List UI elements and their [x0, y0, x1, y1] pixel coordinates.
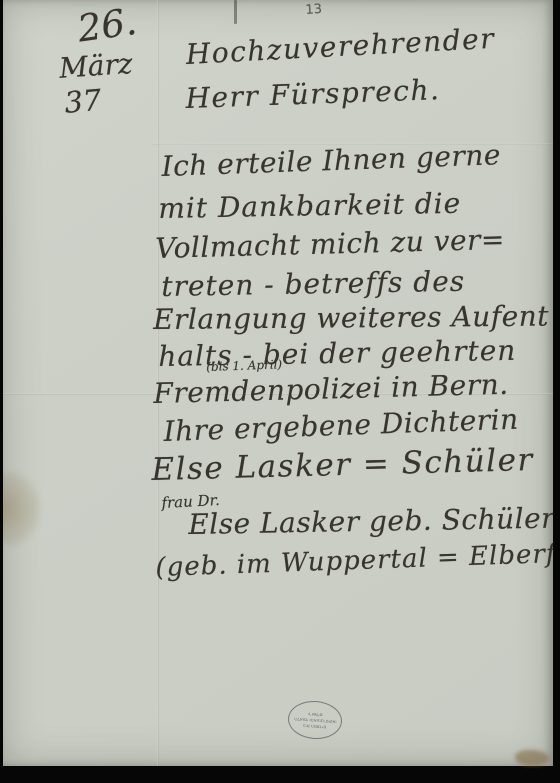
signature-name: Else Lasker = Schüler: [151, 442, 534, 488]
body-line-7: Fremdenpolizei in Bern.: [153, 368, 509, 410]
scan-border-right: [553, 0, 560, 783]
date-day: 26.: [75, 0, 139, 51]
date-year: 37: [63, 83, 103, 120]
body-line-3: Vollmacht mich zu ver=: [155, 223, 505, 265]
birthplace-line: (geb. im Wuppertal = Elberfeld): [155, 537, 560, 583]
paper-stain: [0, 470, 41, 548]
library-stamp: בית הספרים הלאומי והאוניברסיטאי ירושלים: [287, 699, 344, 741]
body-insertion: (bis 1. April): [206, 357, 282, 374]
signature-full-name: Else Lasker geb. Schüler.: [188, 501, 560, 541]
stamp-text-line: בית הספרים: [303, 722, 327, 729]
salutation-line-1: Hochzuverehrender: [185, 22, 496, 71]
top-fold-crease: [234, 0, 237, 24]
body-line-5: Erlangung weiteres Aufent: [153, 300, 549, 336]
stamp-text-line: ירושלים: [308, 711, 323, 717]
body-line-4: treten - betreffs des: [161, 265, 465, 303]
page-number-annotation: 13: [305, 2, 323, 18]
letter-paper: 13 26. März 37 Hochzuverehrender Herr Fü…: [3, 0, 553, 766]
scan-border-bottom: [0, 766, 560, 783]
closing-line-1: Ihre ergebene Dichterin: [163, 403, 519, 448]
scan-border-left: [0, 0, 3, 783]
date-month: März: [58, 47, 134, 85]
corner-stain: [515, 750, 549, 766]
scanned-letter-page: 13 26. März 37 Hochzuverehrender Herr Fü…: [0, 0, 560, 783]
body-line-2: mit Dankbarkeit die: [158, 187, 461, 225]
salutation-line-2: Herr Fürsprech.: [185, 73, 441, 115]
